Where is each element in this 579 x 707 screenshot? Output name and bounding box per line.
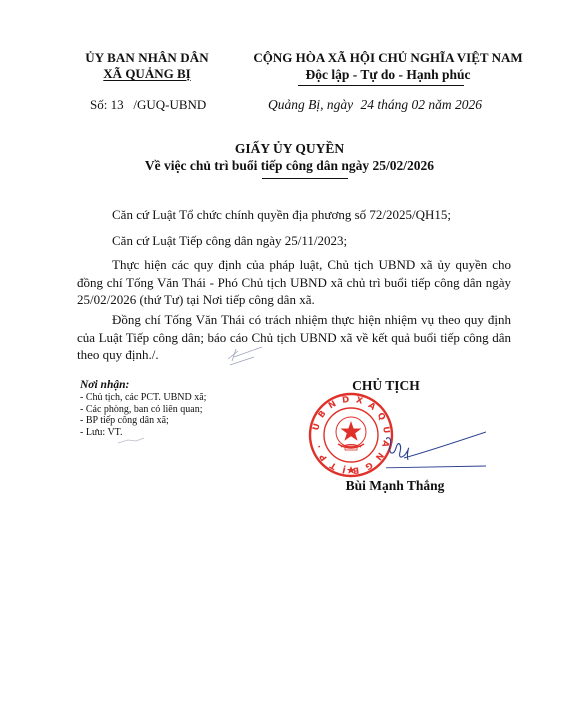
- filing-mark-icon: [116, 437, 146, 445]
- date-month-year: tháng 02 năm 2026: [377, 97, 482, 112]
- initial-mark-icon: [224, 345, 264, 367]
- document-subject: Về việc chủ trì buổi tiếp công dân ngày …: [0, 158, 579, 174]
- legal-basis-1: Căn cứ Luật Tổ chức chính quyền địa phươ…: [112, 207, 451, 223]
- date-day: 24: [361, 97, 375, 112]
- official-seal-icon: U B N D X Ã Q U Ả N G B Ị T P . H À N Ộ …: [308, 392, 394, 478]
- place-and-date: Quảng Bị, ngày 24 tháng 02 năm 2026: [268, 97, 482, 113]
- handwritten-signature-icon: [386, 424, 486, 476]
- responsibility-paragraph: Đồng chí Tống Văn Thái có trách nhiệm th…: [77, 311, 511, 364]
- issuing-organization: ỦY BAN NHÂN DÂN XÃ QUẢNG BỊ: [62, 50, 232, 82]
- document-type-title: GIẤY ỦY QUYỀN: [0, 141, 579, 157]
- national-motto: Độc lập - Tự do - Hạnh phúc: [240, 66, 536, 83]
- national-heading: CỘNG HÒA XÃ HỘI CHỦ NGHĨA VIỆT NAM Độc l…: [240, 50, 536, 83]
- recipient-item: - BP tiếp công dân xã;: [80, 415, 280, 427]
- recipient-item: - Lưu: VT.: [80, 427, 280, 439]
- legal-basis-2: Căn cứ Luật Tiếp công dân ngày 25/11/202…: [112, 233, 347, 249]
- authorization-paragraph: Thực hiện các quy định của pháp luật, Ch…: [77, 256, 511, 309]
- signer-name: Bùi Mạnh Thắng: [330, 478, 460, 494]
- recipient-item: - Chủ tịch, các PCT. UBND xã;: [80, 392, 280, 404]
- organization-line-2: XÃ QUẢNG BỊ: [62, 66, 232, 82]
- recipient-item: - Các phòng, ban có liên quan;: [80, 404, 280, 416]
- recipients-block: Nơi nhận: - Chủ tịch, các PCT. UBND xã; …: [80, 378, 280, 438]
- place: Quảng Bị, ngày: [268, 97, 353, 112]
- organization-line-1: ỦY BAN NHÂN DÂN: [62, 50, 232, 66]
- recipients-heading: Nơi nhận:: [80, 378, 280, 392]
- motto-underline: [298, 85, 464, 86]
- document-number-prefix: Số: 13: [90, 97, 124, 112]
- nation-name: CỘNG HÒA XÃ HỘI CHỦ NGHĨA VIỆT NAM: [240, 50, 536, 66]
- document-number: Số: 13 /GUQ-UBND: [90, 97, 206, 113]
- document-number-suffix: /GUQ-UBND: [133, 97, 206, 112]
- title-underline: [262, 178, 348, 179]
